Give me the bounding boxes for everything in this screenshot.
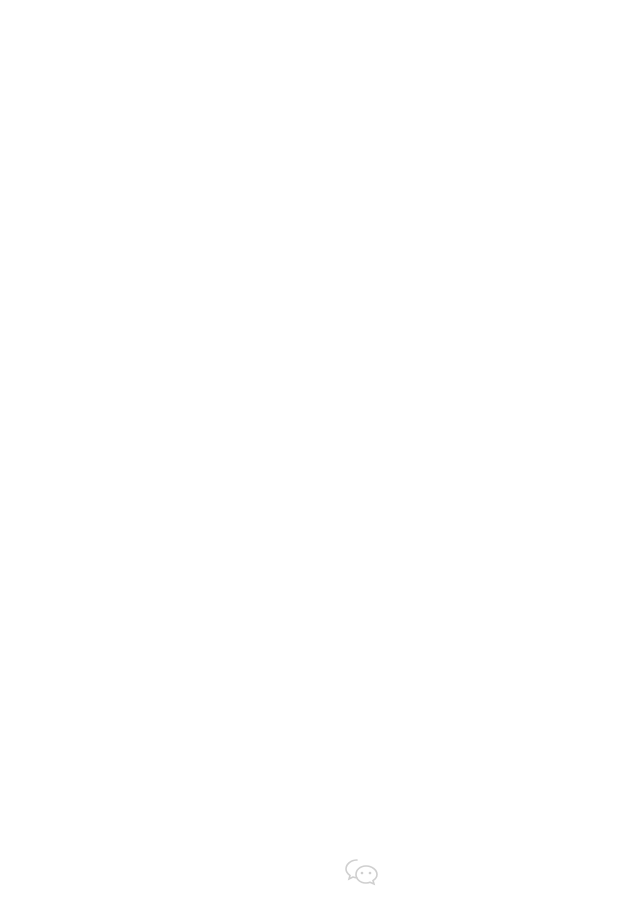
wechat-icon (345, 856, 379, 886)
item-site-location (118, 799, 122, 813)
subitem-basis (131, 486, 135, 500)
section-heading-2-3 (0, 743, 640, 758)
clause-2-2-9 (96, 398, 102, 412)
item-total-estimate (118, 537, 122, 551)
item-site-range (118, 821, 122, 835)
clause-2-3-1 (96, 777, 102, 791)
subitem-method (131, 508, 135, 522)
subitem-scope (131, 530, 135, 544)
item-estimate-notes (118, 442, 122, 456)
subitem-other (131, 552, 135, 566)
subitem-project-overview (131, 464, 135, 478)
watermark (345, 856, 383, 886)
item-single-project-estimate (118, 611, 122, 625)
